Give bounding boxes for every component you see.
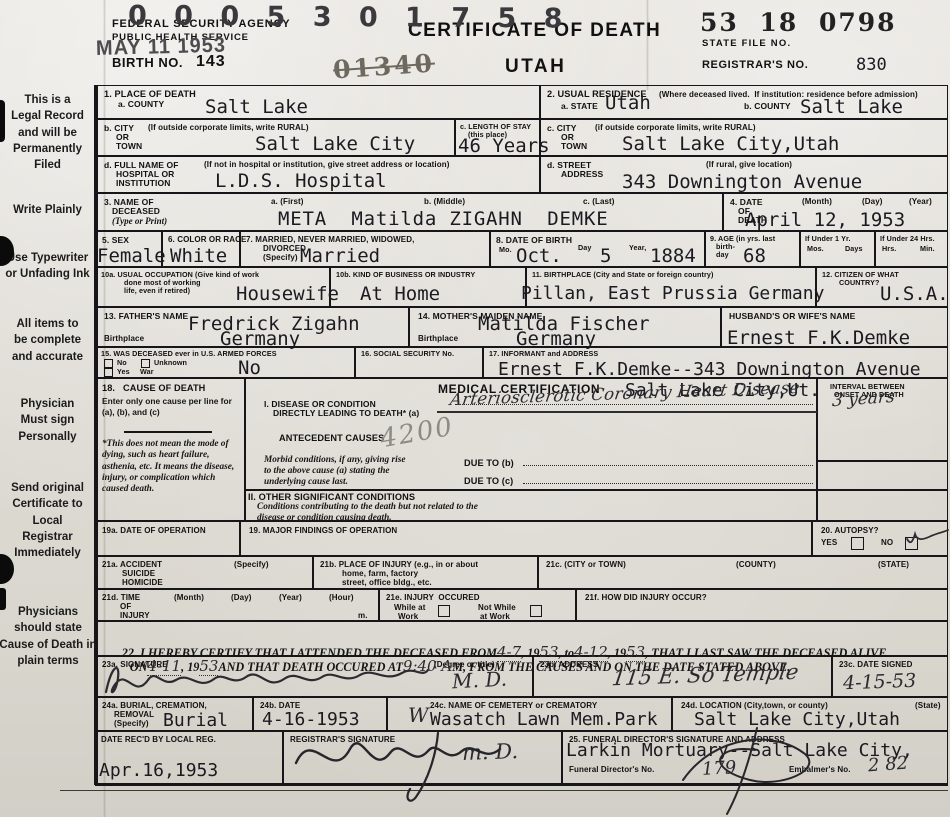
armed-forces-value: No xyxy=(238,357,261,379)
marital-specify: (Specify) xyxy=(263,253,298,262)
birth-month-value: Oct. xyxy=(516,245,562,267)
birth-date-mo-label: Mo. xyxy=(499,246,512,254)
field-operation-findings: 19. MAJOR FINDINGS OF OPERATION xyxy=(240,521,812,556)
sidebar-note-legal-record: This is a Legal Record and will be Perma… xyxy=(0,92,95,174)
cause-note2: *This does not mean the mode of dying, s… xyxy=(102,439,240,496)
birthplace-value: Pillan, East Prussia Germany xyxy=(521,283,824,304)
father-label: 13. FATHER'S NAME xyxy=(104,311,188,321)
funeral-director-no-label: Funeral Director's No. xyxy=(569,765,654,774)
other-conditions-top-rule xyxy=(245,489,948,491)
field-armed-forces: 15. WAS DECEASED ever in U.S. ARMED FORC… xyxy=(95,347,355,378)
under-24-hrs: Hrs. xyxy=(882,245,896,253)
birth-year-value: 1884 xyxy=(650,245,696,267)
accident-specify: (Specify) xyxy=(234,560,269,569)
sidebar-note-complete: All items to be complete and accurate xyxy=(0,316,95,365)
street-label2: ADDRESS xyxy=(561,169,603,179)
age-label3: day xyxy=(716,251,729,259)
state-file-label: STATE FILE NO. xyxy=(702,38,791,49)
informant-value: Ernest F.K.Demke--343 Downington Avenue xyxy=(498,359,921,380)
residence-city-value: Salt Lake City,Utah xyxy=(622,133,839,155)
residence-state-value: Utah xyxy=(605,92,651,114)
armed-forces-yes-checkbox xyxy=(104,368,113,377)
ssn-label: 16. SOCIAL SECURITY No. xyxy=(361,350,454,358)
street-hint: (If rural, give location) xyxy=(706,160,792,169)
sex-label: 5. SEX xyxy=(102,235,129,245)
sidebar-note-physician-sign: Physician Must sign Personally xyxy=(0,396,95,445)
accident-label3: HOMICIDE xyxy=(122,578,163,587)
name-value: META Matilda ZIGAHN DEMKE xyxy=(278,208,608,230)
residence-county-value: Salt Lake xyxy=(800,96,903,118)
binding-mark xyxy=(0,100,5,142)
citizen-value: U.S.A. xyxy=(880,283,949,305)
due-c-dotted-line xyxy=(523,483,813,484)
field-accident-suicide: 21a. ACCIDENT SUICIDE HOMICIDE (Specify) xyxy=(95,556,313,589)
mother-birthplace-value: Germany xyxy=(516,328,596,350)
funeral-director-signature-scribble xyxy=(655,722,845,817)
sex-value: Female xyxy=(97,245,166,267)
death-date-month-label: (Month) xyxy=(802,197,832,206)
death-date-day-label: (Day) xyxy=(862,197,883,206)
injury-time-month: (Month) xyxy=(174,593,204,602)
operation-date-label: 19a. DATE OF OPERATION xyxy=(102,526,206,535)
name-label2: DECEASED xyxy=(112,206,160,216)
burial-specify: (Specify) xyxy=(114,719,149,728)
burial-w-handwritten: W xyxy=(408,703,429,727)
autopsy-yes-label: YES xyxy=(821,538,837,547)
disease-label2: DIRECTLY LEADING TO DEATH* (a) xyxy=(273,408,419,418)
injury-county-label: (COUNTY) xyxy=(736,560,776,569)
birthplace-label: 11. BIRTHPLACE (City and State or foreig… xyxy=(532,271,714,279)
paper-crease xyxy=(646,0,649,90)
cause-divider-rule xyxy=(124,431,212,433)
industry-value: At Home xyxy=(360,283,440,305)
mother-birthplace-label: Birthplace xyxy=(418,334,458,343)
received-date-stamp: MAY 11 1953 xyxy=(96,34,227,62)
state-name: UTAH xyxy=(505,56,566,78)
injury-time-day: (Day) xyxy=(231,593,252,602)
under-1yr-mos: Mos. xyxy=(807,245,824,253)
name-first-label: a. (First) xyxy=(271,197,304,206)
race-label: 6. COLOR OR RACE xyxy=(168,235,247,244)
residence-county-label: b. COUNTY xyxy=(744,101,791,111)
injury-city-label: 21c. (CITY or TOWN) xyxy=(546,560,626,569)
cause-note1: Enter only one cause per line for (a), (… xyxy=(102,396,238,417)
citizen-label2: COUNTRY? xyxy=(839,279,879,287)
autopsy-label: 20. AUTOPSY? xyxy=(821,526,879,535)
city-hint: (If outside corporate limits, write RURA… xyxy=(148,123,309,132)
morbid-note: Morbid conditions, if any, giving rise t… xyxy=(264,455,414,488)
name-middle-label: b. (Middle) xyxy=(424,197,465,206)
residence-state-label: a. STATE xyxy=(561,101,598,111)
autopsy-yes-checkbox xyxy=(851,537,864,550)
injury-time-year: (Year) xyxy=(279,593,302,602)
race-value: White xyxy=(170,245,227,267)
injury-time-label3: INJURY xyxy=(120,611,150,620)
field-injury-city: 21c. (CITY or TOWN) (COUNTY) (STATE) xyxy=(538,556,948,589)
field-place-of-injury: 21b. PLACE OF INJURY (e.g., in or about … xyxy=(313,556,538,589)
not-at-work-checkbox xyxy=(530,605,542,617)
antecedent-label: ANTECEDENT CAUSES xyxy=(279,433,384,444)
physician-signature-scribble xyxy=(100,658,430,698)
cancelled-number-stamp: 01340 xyxy=(332,48,436,84)
injury-state-label: (STATE) xyxy=(878,560,909,569)
street-address-value: 343 Downington Avenue xyxy=(622,171,862,193)
date-received-label: DATE REC'D BY LOCAL REG. xyxy=(101,735,216,744)
binding-mark xyxy=(0,588,6,610)
injury-time-hour: (Hour) xyxy=(329,593,354,602)
county-value: Salt Lake xyxy=(205,96,308,118)
under-24-min: Min. xyxy=(920,245,935,253)
field-age-under-24hrs: If Under 24 Hrs. Hrs. Min. xyxy=(875,231,948,267)
autopsy-no-label: NO xyxy=(881,538,893,547)
armed-forces-war-option: War xyxy=(140,368,154,376)
informant-label: 17. INFORMANT and ADDRESS xyxy=(489,350,598,358)
armed-forces-unknown-option: Unknown xyxy=(154,359,187,367)
sidebar-note-typewriter: Use Typewriter or Unfading Ink xyxy=(0,250,95,283)
field-operation-date: 19a. DATE OF OPERATION xyxy=(95,521,240,556)
sidebar-note-send-original: Send original Certificate to Local Regis… xyxy=(0,480,95,562)
field-how-injury-occurred: 21f. HOW DID INJURY OCCUR? xyxy=(576,589,948,621)
residence-city-hint: (if outside corporate limits, write RURA… xyxy=(595,123,756,132)
occupation-label3: life, even if retired) xyxy=(124,287,190,295)
county-label: a. COUNTY xyxy=(118,99,164,109)
field-cause-of-death: 18. CAUSE OF DEATH Enter only one cause … xyxy=(95,378,245,521)
registrar-signature-scribble xyxy=(288,725,578,800)
embalmer-no-value: 2 82 xyxy=(867,753,908,777)
age-value: 68 xyxy=(743,245,766,267)
city-town: TOWN xyxy=(116,141,142,151)
industry-label: 10b. KIND OF BUSINESS OR INDUSTRY xyxy=(336,271,475,279)
degree-value-handwritten: M. D. xyxy=(451,667,507,694)
cause-a-underline xyxy=(437,411,817,413)
due-to-c-label: DUE TO (c) xyxy=(464,476,513,487)
armed-forces-no-checkbox xyxy=(104,359,113,368)
city-of-death-value: Salt Lake City xyxy=(255,133,415,155)
how-injury-label: 21f. HOW DID INJURY OCCUR? xyxy=(585,593,707,602)
field-injury-occurred: 21e. INJURY OCCURED While at Work Not Wh… xyxy=(379,589,576,621)
spouse-label: HUSBAND'S OR WIFE'S NAME xyxy=(729,311,855,321)
injury-occurred-label: 21e. INJURY OCCURED xyxy=(386,593,480,602)
hospital-value: L.D.S. Hospital xyxy=(215,170,387,192)
death-certificate-scan: 0 0 0 5 3 0 1 7 5 8 FEDERAL SECURITY AGE… xyxy=(0,0,950,817)
spouse-value: Ernest F.K.Demke xyxy=(727,327,910,349)
under-1yr-label: If Under 1 Yr. xyxy=(805,235,851,243)
registrar-no-label: REGISTRAR'S NO. xyxy=(702,59,808,72)
under-1yr-days: Days xyxy=(845,245,863,253)
state-file-number: 53 18 0798 xyxy=(700,8,897,37)
due-b-dotted-line xyxy=(523,465,813,466)
birth-date-day-label: Day xyxy=(578,244,592,252)
armed-forces-yes-option: Yes xyxy=(117,368,130,376)
due-to-b-label: DUE TO (b) xyxy=(464,458,514,469)
sidebar-note-plain-terms: Physicians should state Cause of Death i… xyxy=(0,604,98,669)
serial-number-stamp: 0 0 0 5 3 0 1 7 5 8 xyxy=(128,0,572,34)
birth-date-label: 8. DATE OF BIRTH xyxy=(496,235,572,245)
name-last-label: c. (Last) xyxy=(583,197,615,206)
hospital-hint: (If not in hospital or institution, give… xyxy=(204,160,449,169)
name-label3: (Type or Print) xyxy=(112,216,167,226)
operation-findings-label: 19. MAJOR FINDINGS OF OPERATION xyxy=(249,526,397,535)
death-date-year-label: (Year) xyxy=(909,197,932,206)
sidebar-note-write-plainly: Write Plainly xyxy=(0,202,95,218)
marital-value: Married xyxy=(300,245,380,267)
registrar-no-value: 830 xyxy=(856,55,887,75)
father-birthplace-value: Germany xyxy=(220,328,300,350)
burial-type-value: Burial xyxy=(163,710,228,731)
hospital-label3: INSTITUTION xyxy=(116,178,170,188)
field-age-under-1yr: If Under 1 Yr. Mos. Days xyxy=(800,231,875,267)
injury-time-m: m. xyxy=(358,611,368,620)
occupation-value: Housewife xyxy=(236,283,339,305)
residence-city-town: TOWN xyxy=(561,141,587,151)
father-birthplace-label: Birthplace xyxy=(104,334,144,343)
interval-rule-1 xyxy=(817,460,948,462)
length-of-stay-value: 46 Years xyxy=(458,135,550,157)
death-date-value: April 12, 1953 xyxy=(745,209,905,231)
under-24-label: If Under 24 Hrs. xyxy=(880,235,935,243)
field-place-of-death: 1. PLACE OF DEATH a. COUNTY xyxy=(95,85,540,119)
field-injury-time: 21d. TIME OF INJURY (Month) (Day) (Year)… xyxy=(95,589,379,621)
injury-place-label3: street, office bldg., etc. xyxy=(342,578,432,587)
autopsy-no-checkmark xyxy=(903,528,949,548)
burial-state-label: (State) xyxy=(915,701,941,710)
date-received-value: Apr.16,1953 xyxy=(99,760,218,781)
while-at-work-checkbox xyxy=(438,605,450,617)
field-ssn: 16. SOCIAL SECURITY No. xyxy=(355,347,483,378)
cause-label: 18. CAUSE OF DEATH xyxy=(102,383,205,394)
birth-day-value: 5 xyxy=(600,245,611,267)
birth-date-year-label: Year, xyxy=(629,244,646,252)
date-signed-handwritten: 4-15-53 xyxy=(843,670,917,695)
